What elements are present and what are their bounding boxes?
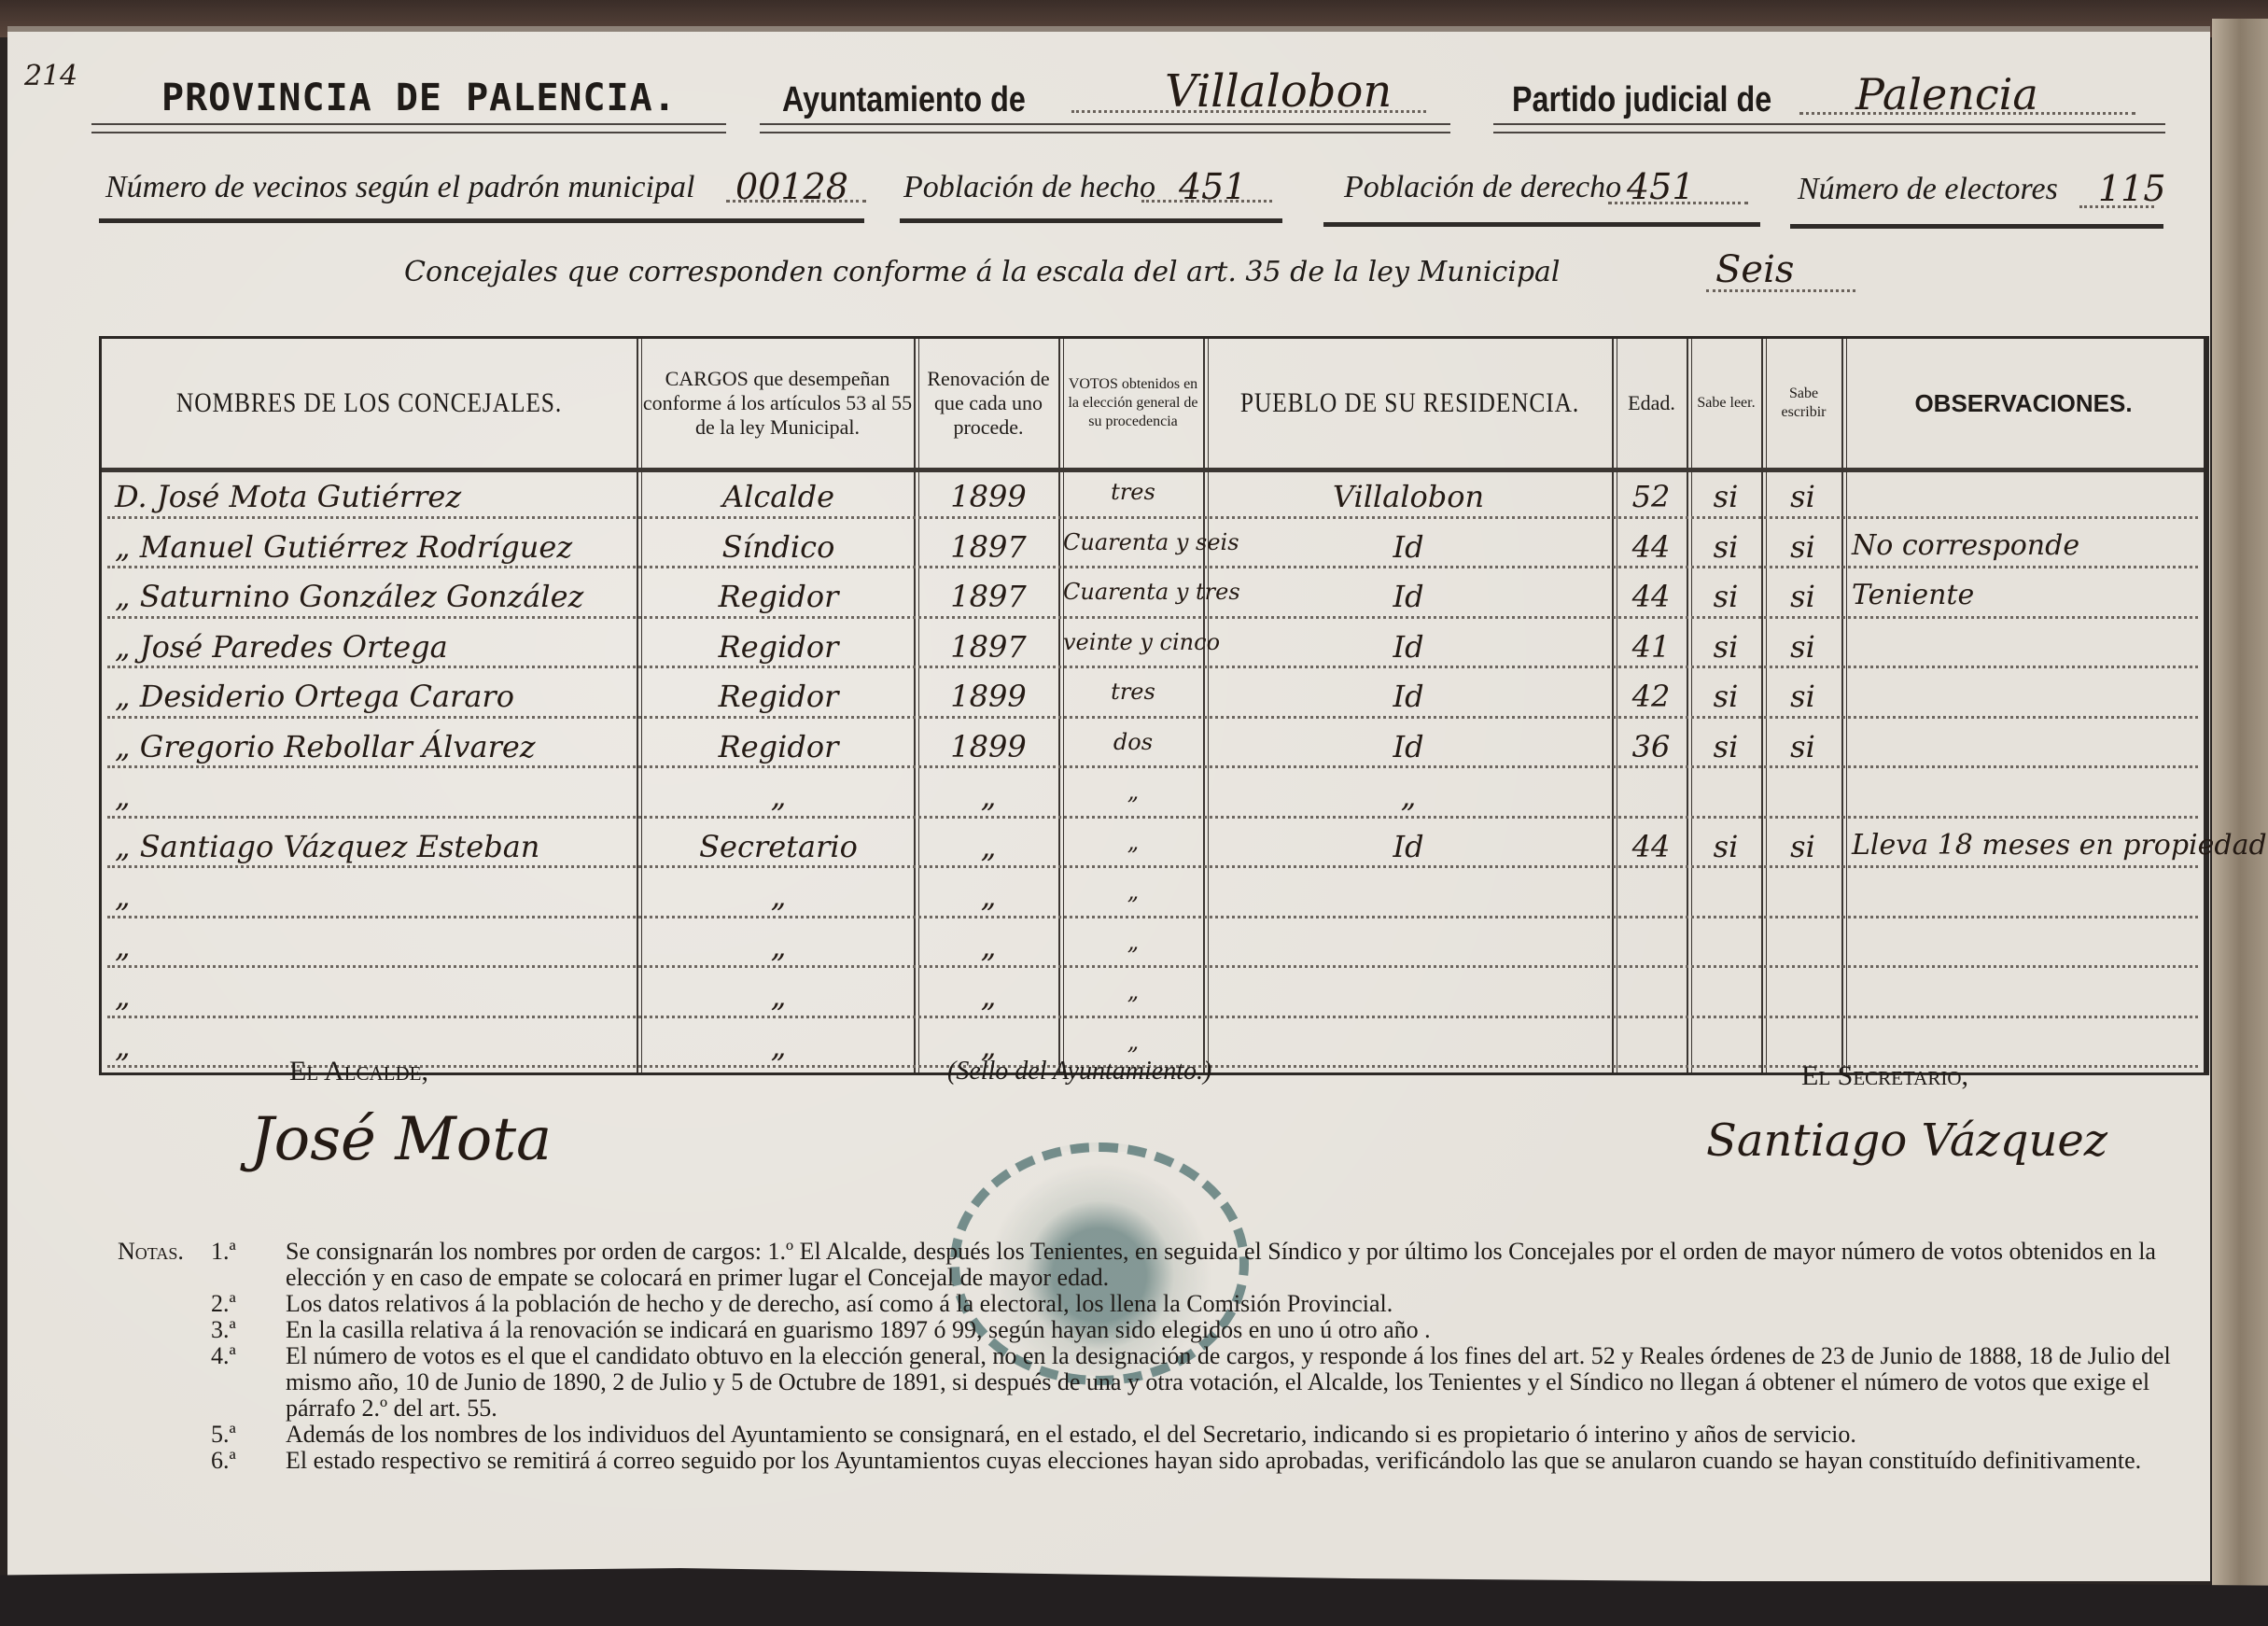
note-item: 6.ªEl estado respectivo se remitirá á co… <box>118 1448 2208 1474</box>
header-observaciones: OBSERVACIONES. <box>1846 339 2201 468</box>
row-dotted-line <box>107 516 2198 519</box>
note-text: Además de los nombres de los individuos … <box>286 1421 1856 1448</box>
cell-obs: No corresponde <box>1852 529 2197 562</box>
cell-nombre: „ <box>115 978 633 1014</box>
cell-votos: „ <box>1063 929 1203 955</box>
cell-edad: 41 <box>1618 629 1684 665</box>
cell-nombre: D. José Mota Gutiérrez <box>115 479 633 514</box>
row-dotted-line <box>107 965 2198 968</box>
rule <box>1790 224 2163 229</box>
cell-renovacion: „ <box>923 778 1054 814</box>
note-text: El número de votos es el que el candidat… <box>286 1342 2171 1422</box>
cell-escribir: si <box>1768 829 1838 864</box>
cell-cargo: „ <box>652 1029 904 1064</box>
cell-votos: dos <box>1063 729 1203 755</box>
concejales-table: NOMBRES DE LOS CONCEJALES. CARGOS que de… <box>99 336 2209 1075</box>
secretario-label: El Secretario, <box>1801 1060 1968 1092</box>
note-item: 5.ªAdemás de los nombres de los individu… <box>118 1422 2208 1448</box>
cell-nombre: „ <box>115 878 633 914</box>
row-dotted-line <box>107 816 2198 819</box>
cell-leer: si <box>1693 529 1758 565</box>
cell-nombre: „ Saturnino González González <box>115 579 633 614</box>
cell-obs: Teniente <box>1852 579 2197 611</box>
cell-renovacion: 1897 <box>923 579 1054 614</box>
cell-cargo: Alcalde <box>652 479 904 514</box>
alcalde-signature: José Mota <box>250 1105 552 1174</box>
cell-renovacion: „ <box>923 929 1054 964</box>
cell-renovacion: 1899 <box>923 729 1054 764</box>
cell-renovacion: 1897 <box>923 629 1054 665</box>
cell-pueblo: Id <box>1212 829 1604 864</box>
row-dotted-line <box>107 765 2198 768</box>
cell-cargo: Síndico <box>652 529 904 565</box>
cell-pueblo: Id <box>1212 579 1604 614</box>
cell-renovacion: 1899 <box>923 679 1054 714</box>
sello-label: (Sello del Ayuntamiento.) <box>947 1057 1211 1086</box>
cell-edad: 36 <box>1618 729 1684 764</box>
header-rule <box>102 468 2204 472</box>
note-text: El estado respectivo se remitirá á corre… <box>286 1447 2141 1474</box>
notes-list: 1.ªSe consignarán los nombres por orden … <box>118 1239 2208 1474</box>
cell-pueblo: „ <box>1212 778 1604 814</box>
rule <box>1323 222 1760 227</box>
folio-number: 214 <box>24 60 77 92</box>
cell-renovacion: „ <box>923 878 1054 914</box>
rule <box>760 123 1450 133</box>
cell-leer: si <box>1693 579 1758 614</box>
derecho-label: Población de derecho <box>1344 170 1621 205</box>
note-number: 4.ª <box>211 1343 236 1369</box>
vecinos-value: 00128 <box>735 166 848 207</box>
partido-label: Partido judicial de <box>1512 80 1771 120</box>
concejales-label: Concejales que corresponden conforme á l… <box>404 256 1561 288</box>
cell-renovacion: „ <box>923 829 1054 864</box>
cell-votos: „ <box>1063 978 1203 1004</box>
hecho-value: 451 <box>1179 166 1247 207</box>
note-item: 4.ªEl número de votos es el que el candi… <box>118 1343 2208 1422</box>
row-dotted-line <box>107 666 2198 668</box>
cell-edad: 44 <box>1618 579 1684 614</box>
cell-escribir: si <box>1768 579 1838 614</box>
header-edad: Edad. <box>1617 339 1687 468</box>
notes-section: Notas. 1.ªSe consignarán los nombres por… <box>118 1239 2208 1474</box>
cell-edad: 52 <box>1618 479 1684 514</box>
cell-nombre: „ Manuel Gutiérrez Rodríguez <box>115 529 633 565</box>
cell-escribir: si <box>1768 729 1838 764</box>
cell-edad: 44 <box>1618 829 1684 864</box>
cell-pueblo: Villalobon <box>1212 479 1604 514</box>
cell-cargo: „ <box>652 929 904 964</box>
cell-cargo: Regidor <box>652 729 904 764</box>
cell-obs: Lleva 18 meses en propiedad <box>1852 829 2197 862</box>
rule <box>1493 123 2165 133</box>
note-item: 1.ªSe consignarán los nombres por orden … <box>118 1239 2208 1291</box>
cell-cargo: „ <box>652 778 904 814</box>
page-edges <box>2212 19 2268 1605</box>
rule <box>900 218 1282 223</box>
header-nombres: NOMBRES DE LOS CONCEJALES. <box>142 339 596 468</box>
header-cargos: CARGOS que desempeñan conforme á los art… <box>641 339 914 468</box>
note-number: 3.ª <box>211 1317 236 1343</box>
cell-escribir: si <box>1768 629 1838 665</box>
cell-edad: 44 <box>1618 529 1684 565</box>
cell-votos: tres <box>1063 679 1203 705</box>
rule <box>99 218 864 223</box>
vecinos-label: Número de vecinos según el padrón munici… <box>105 170 694 205</box>
electores-value: 115 <box>2098 168 2166 209</box>
row-dotted-line <box>107 616 2198 619</box>
cell-escribir: si <box>1768 529 1838 565</box>
cell-renovacion: „ <box>923 978 1054 1014</box>
note-item: 2.ªLos datos relativos á la población de… <box>118 1291 2208 1317</box>
column-divider <box>1203 339 1209 1072</box>
note-number: 2.ª <box>211 1291 236 1317</box>
cell-nombre: „ <box>115 929 633 964</box>
cell-votos: Cuarenta y seis <box>1063 529 1203 555</box>
cell-renovacion: 1897 <box>923 529 1054 565</box>
cell-votos: „ <box>1063 778 1203 805</box>
cell-leer: si <box>1693 629 1758 665</box>
cell-cargo: Regidor <box>652 629 904 665</box>
row-dotted-line <box>107 916 2198 918</box>
cell-leer: si <box>1693 679 1758 714</box>
row-dotted-line <box>107 566 2198 568</box>
cell-leer: si <box>1693 829 1758 864</box>
cell-escribir: si <box>1768 679 1838 714</box>
cell-edad: 42 <box>1618 679 1684 714</box>
derecho-value: 451 <box>1627 166 1695 207</box>
row-dotted-line <box>107 1016 2198 1018</box>
cell-cargo: „ <box>652 978 904 1014</box>
cell-pueblo: Id <box>1212 679 1604 714</box>
cell-pueblo: Id <box>1212 529 1604 565</box>
provincia-title: PROVINCIA DE PALENCIA. <box>161 77 677 119</box>
note-number: 1.ª <box>211 1239 236 1265</box>
cell-nombre: „ <box>115 778 633 814</box>
document-page: 214 PROVINCIA DE PALENCIA. Ayuntamiento … <box>7 26 2210 1581</box>
header-sabe-escribir: Sabe escribir <box>1766 339 1841 468</box>
rule <box>91 123 726 133</box>
note-item: 3.ªEn la casilla relativa á la renovació… <box>118 1317 2208 1343</box>
row-dotted-line <box>107 716 2198 719</box>
cell-cargo: Regidor <box>652 679 904 714</box>
cell-votos: veinte y cinco <box>1063 629 1203 655</box>
note-text: Se consignarán los nombres por orden de … <box>286 1238 2156 1291</box>
hecho-label: Población de hecho <box>903 170 1155 205</box>
note-text: Los datos relativos á la población de he… <box>286 1290 1393 1317</box>
header-votos: VOTOS obtenidos en la elección general d… <box>1063 339 1203 468</box>
header-sabe-leer: Sabe leer. <box>1691 339 1761 468</box>
partido-value: Palencia <box>1855 69 2038 119</box>
secretario-signature: Santiago Vázquez <box>1706 1114 2107 1167</box>
note-text: En la casilla relativa á la renovación s… <box>286 1316 1431 1343</box>
cell-pueblo: Id <box>1212 629 1604 665</box>
cell-votos: Cuarenta y tres <box>1063 579 1203 605</box>
cell-nombre: „ José Paredes Ortega <box>115 629 633 665</box>
cell-leer: si <box>1693 479 1758 514</box>
cell-leer: si <box>1693 729 1758 764</box>
row-dotted-line <box>107 865 2198 868</box>
header-renovacion: Renovación de que cada uno procede. <box>918 339 1058 468</box>
header-pueblo: PUEBLO DE SU RESIDENCIA. <box>1238 339 1581 468</box>
cell-votos: „ <box>1063 829 1203 855</box>
ayuntamiento-value: Villalobon <box>1165 65 1392 118</box>
cell-pueblo: Id <box>1212 729 1604 764</box>
concejales-value: Seis <box>1715 248 1794 291</box>
cell-cargo: Regidor <box>652 579 904 614</box>
cell-nombre: „ Desiderio Ortega Cararo <box>115 679 633 714</box>
cell-votos: „ <box>1063 1029 1203 1055</box>
cell-nombre: „ Gregorio Rebollar Álvarez <box>115 729 633 764</box>
electores-label: Número de electores <box>1798 172 2058 207</box>
cell-votos: tres <box>1063 479 1203 505</box>
cell-cargo: „ <box>652 878 904 914</box>
cell-nombre: „ Santiago Vázquez Esteban <box>115 829 633 864</box>
note-number: 6.ª <box>211 1448 236 1474</box>
alcalde-label: El Alcalde, <box>289 1056 428 1087</box>
ayuntamiento-label: Ayuntamiento de <box>782 80 1026 120</box>
cell-votos: „ <box>1063 878 1203 904</box>
note-number: 5.ª <box>211 1422 236 1448</box>
cell-renovacion: 1899 <box>923 479 1054 514</box>
cell-escribir: si <box>1768 479 1838 514</box>
cell-cargo: Secretario <box>652 829 904 864</box>
